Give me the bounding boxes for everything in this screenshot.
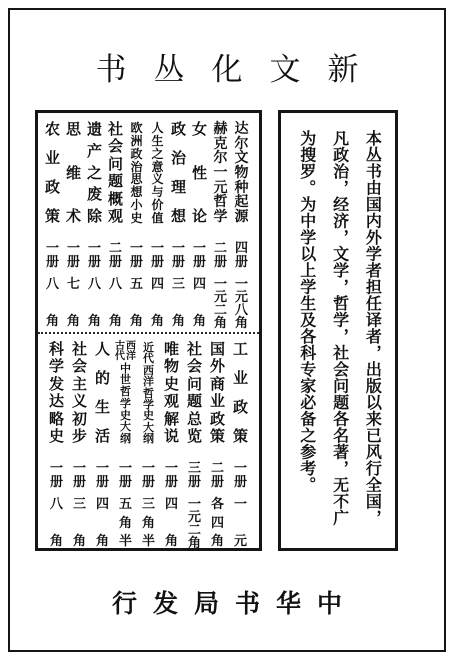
description-box: 本丛书由国内外学者担任译者，出版以来已风行全国， 凡政治，经济，文学，哲学，社会… [278, 110, 398, 551]
title-char: 政 [210, 412, 225, 427]
title-char: 外 [210, 359, 225, 374]
book-title: 近代西洋哲学史大纲 [143, 342, 154, 444]
book-title: 科学发达略史 [49, 342, 64, 444]
title-char: 元 [234, 535, 247, 548]
title-char: 册 [73, 476, 86, 490]
book-volumes: 一册 [73, 462, 86, 490]
title-char: 赫 [214, 122, 228, 136]
book-item: 达尔文物种起源四册一元八角 [231, 122, 252, 332]
title-char: 思 [130, 173, 142, 185]
title-char: 观 [164, 394, 179, 409]
title-char: 产 [87, 144, 102, 159]
title-char: 维 [66, 166, 81, 181]
book-title: 思维术 [66, 122, 81, 224]
book-price: 七角 [67, 278, 80, 328]
title-char: 活 [95, 429, 110, 444]
title-char: 八 [88, 278, 101, 291]
title-char: 物 [164, 359, 179, 374]
book-volumes: 一册 [50, 462, 63, 490]
title-char: 四 [235, 242, 248, 256]
title-char: 与 [151, 186, 163, 198]
title-char: 策 [233, 429, 248, 444]
book-price: 八角 [50, 498, 63, 548]
title-char: 三 [73, 498, 86, 511]
publisher-title: 行发局书华中 [0, 584, 454, 620]
title-char: 册 [109, 256, 122, 270]
title-char: 社 [108, 122, 123, 137]
title-char: 四 [165, 498, 178, 511]
title-char: 尔 [214, 151, 228, 165]
title-char: 略 [49, 412, 64, 427]
title-char: 一 [46, 242, 59, 256]
title-char: 角 [142, 517, 155, 530]
book-volumes: 一册 [193, 242, 206, 270]
title-char: 政 [233, 400, 248, 415]
title-char: 步 [72, 429, 87, 444]
title-char: 商 [210, 377, 225, 392]
title-char: 半 [119, 535, 132, 548]
title-char: 角 [50, 535, 63, 548]
title-char: 角 [172, 315, 185, 328]
book-price: 三角 [73, 498, 86, 548]
book-price: 一元二角 [214, 278, 227, 328]
title-char: 业 [233, 371, 248, 386]
title-char: 想 [130, 186, 142, 198]
title-char: 角 [88, 315, 101, 328]
book-title: 农业政策 [45, 122, 60, 224]
book-price: 各四角 [211, 498, 224, 548]
book-volumes: 一册 [67, 242, 80, 270]
book-price: 一元八角 [235, 278, 248, 328]
title-char: 史 [130, 212, 142, 224]
book-item: 西洋古代中世哲学史大纲一册五角半 [114, 342, 137, 548]
title-char: 元 [214, 181, 228, 195]
title-char: 学 [120, 398, 131, 409]
title-char: 观 [108, 209, 123, 224]
title-char: 一 [172, 242, 185, 256]
book-title: 达尔文物种起源 [235, 122, 249, 224]
title-char: 二 [214, 242, 227, 256]
title-char: 人 [95, 342, 110, 357]
title-char: 三 [172, 278, 185, 291]
title-char: 一 [73, 462, 86, 476]
title-char: 遗 [87, 122, 102, 137]
title-char: 生 [95, 400, 110, 415]
book-volumes: 一册 [46, 242, 59, 270]
title-char: 八 [109, 278, 122, 291]
book-title: 唯物史观解说 [164, 342, 179, 444]
book-title: 社会主义初步 [72, 342, 87, 444]
title-char: 五 [119, 498, 132, 511]
title-char: 册 [119, 476, 132, 490]
title-char: 解 [164, 412, 179, 427]
book-volumes: 一册 [142, 462, 155, 490]
series-title: 书丛化文新 [0, 44, 454, 89]
title-char: 女 [192, 122, 207, 137]
title-char: 种 [235, 181, 249, 195]
title-char: 八 [50, 498, 63, 511]
title-char: 治 [130, 161, 142, 173]
title-char: 代 [143, 353, 154, 364]
title-char: 生 [151, 135, 163, 147]
title-char: 价 [151, 199, 163, 211]
book-item: 人的生活一册四角 [91, 342, 114, 548]
title-char: 册 [88, 256, 101, 270]
book-volumes: 一册 [88, 242, 101, 270]
book-volumes: 一册 [96, 462, 109, 490]
title-char: 角 [67, 315, 80, 328]
title-char: 政 [171, 122, 186, 137]
title-char: 二 [211, 462, 224, 476]
book-volumes: 二册 [211, 462, 224, 490]
book-price: 四角 [96, 498, 109, 548]
title-char: 尔 [235, 137, 249, 151]
title-char: 册 [214, 256, 227, 270]
title-char: 业 [210, 394, 225, 409]
title-char: 四 [193, 278, 206, 291]
title-char: 各 [211, 498, 224, 511]
book-item: 社会问题总览三册一元二角 [183, 342, 206, 548]
title-char: 册 [96, 476, 109, 490]
title-char: 册 [130, 256, 143, 270]
title-char: 洲 [130, 135, 142, 147]
book-price: 四角 [165, 498, 178, 548]
title-char: 半 [142, 535, 155, 548]
title-char: 义 [72, 394, 87, 409]
title-char: 工 [233, 342, 248, 357]
book-item: 欧洲政治思想小史一册五角 [126, 122, 147, 332]
book-price: 四角 [151, 278, 164, 328]
title-char: 想 [171, 209, 186, 224]
title-char: 科 [49, 342, 64, 357]
title-char: 一 [214, 166, 228, 180]
title-char: 意 [151, 161, 163, 173]
title-char: 初 [72, 412, 87, 427]
book-volumes: 一册 [165, 462, 178, 490]
title-char: 起 [235, 195, 249, 209]
title-char: 角 [151, 315, 164, 328]
title-char: 角 [235, 317, 248, 330]
title-char: 一 [88, 242, 101, 256]
book-volumes: 一册 [172, 242, 185, 270]
title-char: 说 [164, 429, 179, 444]
title-char: 洋 [143, 376, 154, 387]
book-item: 国外商业政策二册各四角 [206, 342, 229, 548]
title-char: 政 [45, 180, 60, 195]
title-char: 会 [108, 139, 123, 154]
book-title: 女性论 [192, 122, 207, 224]
title-char: 问 [108, 157, 123, 172]
book-item: 工业政策一册一元 [229, 342, 252, 548]
title-char: 册 [165, 476, 178, 490]
catalog-section: 达尔文物种起源四册一元八角赫克尔一元哲学二册一元二角女性论一册四角政治理想一册三… [38, 113, 259, 332]
blurb-column: 本丛书由国内外学者担任译者，出版以来已风行全国， [356, 130, 389, 531]
title-char: 哲 [143, 388, 154, 399]
title-char: 哲 [120, 386, 131, 397]
title-char: 社 [187, 342, 202, 357]
blurb-column: 为搜罗。为中学以上学生及各科专家必备之参考。 [290, 130, 323, 531]
book-volumes: 四册 [235, 242, 248, 270]
title-char: 问 [187, 377, 202, 392]
book-title: 社会问题概观 [108, 122, 123, 224]
title-char: 之 [151, 148, 163, 160]
description-text: 本丛书由国内外学者担任译者，出版以来已风行全国， 凡政治，经济，文学，哲学，社会… [281, 113, 397, 548]
book-item: 遗产之废除一册八角 [84, 122, 105, 332]
title-char: 农 [45, 122, 60, 137]
title-char: 册 [50, 476, 63, 490]
title-char: 一 [165, 462, 178, 476]
title-char: 二 [109, 242, 122, 256]
title-char: 文 [235, 151, 249, 165]
title-char: 性 [192, 166, 207, 181]
title-char: 社 [72, 342, 87, 357]
title-char: 一 [67, 242, 80, 256]
title-char: 大 [120, 421, 131, 432]
title-char: 总 [187, 412, 202, 427]
title-char: 史 [120, 410, 131, 421]
book-price: 五角半 [119, 498, 132, 548]
title-char: 角 [73, 535, 86, 548]
book-volumes: 二册 [214, 242, 227, 270]
book-title: 西洋古代中世哲学史大纲 [115, 342, 136, 444]
book-title: 赫克尔一元哲学 [214, 122, 228, 224]
title-char: 值 [151, 212, 163, 224]
title-char: 达 [49, 394, 64, 409]
title-char: 废 [87, 187, 102, 202]
title-char: 国 [210, 342, 225, 357]
book-volumes: 一册 [234, 462, 247, 490]
title-char: 小 [130, 199, 142, 211]
title-char: 会 [72, 359, 87, 374]
title-char: 源 [235, 210, 249, 224]
title-char: 五 [130, 278, 143, 291]
title-char: 四 [151, 278, 164, 291]
title-char: 史 [143, 410, 154, 421]
book-item: 赫克尔一元哲学二册一元二角 [210, 122, 231, 332]
title-char: 角 [188, 537, 201, 550]
title-char: 人 [151, 122, 163, 134]
title-char: 史 [164, 377, 179, 392]
title-char: 一 [193, 242, 206, 256]
title-char: 理 [171, 180, 186, 195]
title-char: 三 [142, 498, 155, 511]
book-title: 国外商业政策 [210, 342, 225, 444]
title-char: 一 [142, 462, 155, 476]
title-char: 一 [50, 462, 63, 476]
title-char: 册 [67, 256, 80, 270]
advertisement-page: 书丛化文新 达尔文物种起源四册一元八角赫克尔一元哲学二册一元二角女性论一册四角政… [0, 0, 454, 660]
title-char: 术 [66, 209, 81, 224]
title-char: 大 [143, 422, 154, 433]
book-price: 四角 [193, 278, 206, 328]
book-volumes: 三册 [188, 462, 201, 490]
title-char: 纲 [143, 433, 154, 444]
book-title: 社会问题总览 [187, 342, 202, 444]
title-char: 物 [235, 166, 249, 180]
title-char: 册 [235, 256, 248, 270]
title-char: 代 [115, 352, 125, 362]
title-char: 册 [234, 476, 247, 490]
title-char: 思 [66, 122, 81, 137]
title-char: 克 [214, 137, 228, 151]
title-char: 册 [188, 476, 201, 490]
book-price: 三角 [172, 278, 185, 328]
book-item: 科学发达略史一册八角 [45, 342, 68, 548]
title-char: 七 [67, 278, 80, 291]
title-char: 角 [119, 517, 132, 530]
book-item: 政治理想一册三角 [168, 122, 189, 332]
title-char: 一 [96, 462, 109, 476]
title-char: 世 [120, 374, 131, 385]
title-char: 题 [108, 174, 123, 189]
title-char: 论 [192, 209, 207, 224]
book-title: 遗产之废除 [87, 122, 102, 224]
book-price: 五角 [130, 278, 143, 328]
title-char: 除 [87, 209, 102, 224]
title-char: 角 [214, 317, 227, 330]
title-char: 角 [109, 315, 122, 328]
blurb-column: 凡政治，经济，文学，哲学，社会问题各名著，无不广 [323, 130, 356, 531]
book-price: 三角半 [142, 498, 155, 548]
title-char: 达 [235, 122, 249, 136]
catalog-box: 达尔文物种起源四册一元八角赫克尔一元哲学二册一元二角女性论一册四角政治理想一册三… [35, 110, 262, 551]
title-char: 册 [142, 476, 155, 490]
title-char: 哲 [214, 195, 228, 209]
title-char: 政 [130, 148, 142, 160]
book-price: 八角 [109, 278, 122, 328]
book-item: 社会主义初步一册三角 [68, 342, 91, 548]
title-char: 册 [151, 256, 164, 270]
book-volumes: 一册 [130, 242, 143, 270]
title-char: 学 [214, 210, 228, 224]
book-title: 人生之意义与价值 [151, 122, 163, 224]
title-char: 角 [193, 315, 206, 328]
book-price: 一元 [234, 498, 247, 548]
title-char: 角 [46, 315, 59, 328]
title-char: 册 [46, 256, 59, 270]
title-char: 纲 [120, 433, 131, 444]
title-char: 义 [151, 173, 163, 185]
title-char: 一 [130, 242, 143, 256]
title-char: 概 [108, 192, 123, 207]
title-char: 册 [172, 256, 185, 270]
book-title: 政治理想 [171, 122, 186, 224]
book-item: 人生之意义与价值一册四角 [147, 122, 168, 332]
title-char: 览 [187, 429, 202, 444]
title-char: 八 [46, 278, 59, 291]
title-char: 三 [188, 462, 201, 476]
book-volumes: 一册 [119, 462, 132, 490]
book-item: 农业政策一册八角 [42, 122, 63, 332]
title-char: 策 [210, 429, 225, 444]
title-char: 四 [96, 498, 109, 511]
book-volumes: 二册 [109, 242, 122, 270]
book-item: 女性论一册四角 [189, 122, 210, 332]
title-char: 欧 [130, 122, 142, 134]
title-char: 会 [187, 359, 202, 374]
title-char: 学 [49, 359, 64, 374]
book-item: 唯物史观解说一册四角 [160, 342, 183, 548]
book-price: 一元二角 [188, 498, 201, 548]
book-price: 八角 [46, 278, 59, 328]
title-char: 四 [211, 517, 224, 530]
title-char: 一 [151, 242, 164, 256]
book-title: 欧洲政治思想小史 [130, 122, 142, 224]
title-char: 史 [49, 429, 64, 444]
catalog-section: 工业政策一册一元国外商业政策二册各四角社会问题总览三册一元二角唯物史观解说一册四… [38, 332, 259, 548]
title-char: 一 [234, 462, 247, 476]
title-char: 洋 [126, 352, 136, 362]
title-char: 角 [130, 315, 143, 328]
title-char: 册 [211, 476, 224, 490]
title-char: 一 [234, 498, 247, 511]
title-char: 业 [45, 151, 60, 166]
title-char: 策 [45, 209, 60, 224]
title-char: 治 [171, 151, 186, 166]
book-title: 人的生活 [95, 342, 110, 444]
title-char: 的 [95, 371, 110, 386]
title-char: 题 [187, 394, 202, 409]
title-char: 角 [165, 535, 178, 548]
title-char: 角 [211, 535, 224, 548]
book-item: 思维术一册七角 [63, 122, 84, 332]
book-price: 八角 [88, 278, 101, 328]
title-char: 主 [72, 377, 87, 392]
book-item: 社会问题概观二册八角 [105, 122, 126, 332]
title-char: 一 [119, 462, 132, 476]
title-char: 发 [49, 377, 64, 392]
book-volumes: 一册 [151, 242, 164, 270]
title-char: 唯 [164, 342, 179, 357]
book-title: 工业政策 [233, 342, 248, 444]
title-char: 之 [87, 166, 102, 181]
title-char: 册 [193, 256, 206, 270]
title-char: 角 [96, 535, 109, 548]
book-item: 近代西洋哲学史大纲一册三角半 [137, 342, 160, 548]
